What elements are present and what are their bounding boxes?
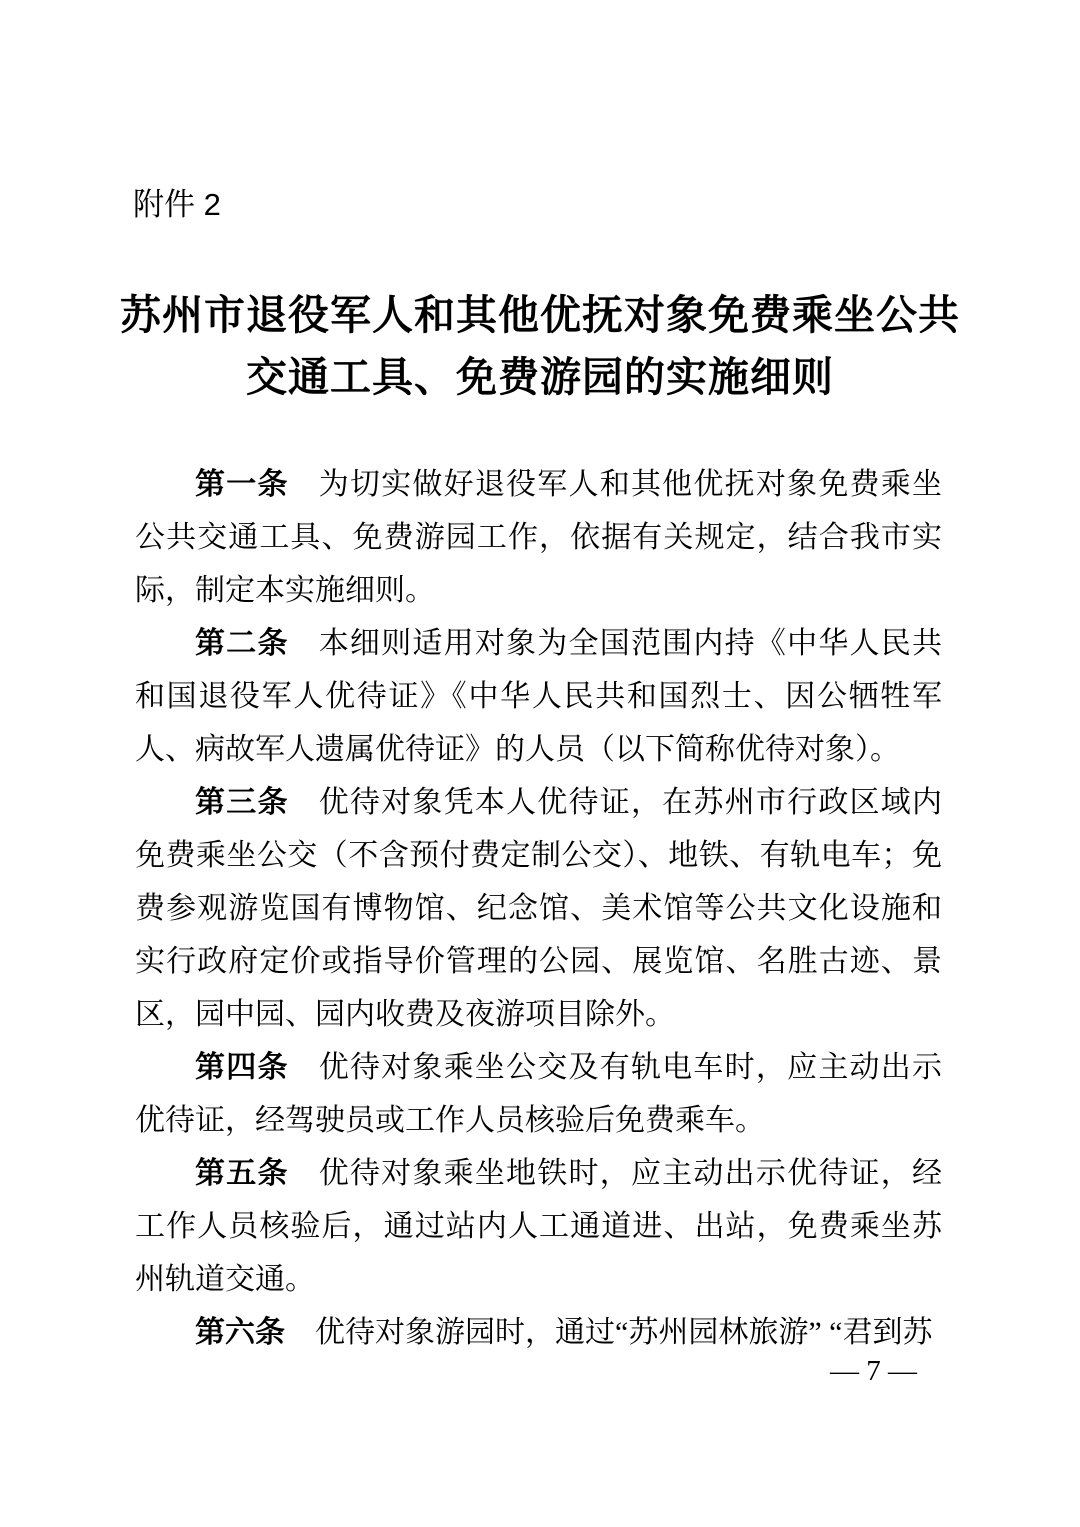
article-paragraph-4: 第四条优待对象乘坐公交及有轨电车时，应主动出示优待证，经驾驶员或工作人员核验后免… (135, 1041, 942, 1147)
document-title: 苏州市退役军人和其他优抚对象免费乘坐公共交通工具、免费游园的实施细则 (120, 284, 960, 408)
article-4-label: 第四条 (195, 1051, 289, 1084)
article-paragraph-2: 第二条本细则适用对象为全国范围内持《中华人民共和国退役军人优待证》《中华人民共和… (135, 617, 942, 776)
article-1-label: 第一条 (195, 468, 289, 501)
page-number: — 7 — (830, 1356, 917, 1388)
article-3-label: 第三条 (195, 786, 289, 819)
article-3-text: 优待对象凭本人优待证，在苏州市行政区域内免费乘坐公交（不含预付费定制公交）、地铁… (135, 786, 942, 1031)
article-6-text: 优待对象游园时，通过“苏州园林旅游” “君到苏 (315, 1316, 932, 1349)
article-6-label: 第六条 (195, 1316, 285, 1349)
attachment-label: 附件 2 (133, 186, 221, 223)
article-paragraph-1: 第一条为切实做好退役军人和其他优抚对象免费乘坐公共交通工具、免费游园工作，依据有… (135, 458, 942, 617)
document-page: 附件 2 苏州市退役军人和其他优抚对象免费乘坐公共交通工具、免费游园的实施细则 … (0, 0, 1080, 1527)
article-paragraph-3: 第三条优待对象凭本人优待证，在苏州市行政区域内免费乘坐公交（不含预付费定制公交）… (135, 776, 942, 1041)
article-2-label: 第二条 (195, 627, 289, 660)
article-5-label: 第五条 (195, 1157, 289, 1190)
document-body: 第一条为切实做好退役军人和其他优抚对象免费乘坐公共交通工具、免费游园工作，依据有… (135, 458, 942, 1359)
article-paragraph-5: 第五条优待对象乘坐地铁时，应主动出示优待证，经工作人员核验后，通过站内人工通道进… (135, 1147, 942, 1306)
article-paragraph-6: 第六条优待对象游园时，通过“苏州园林旅游” “君到苏 (135, 1306, 942, 1359)
